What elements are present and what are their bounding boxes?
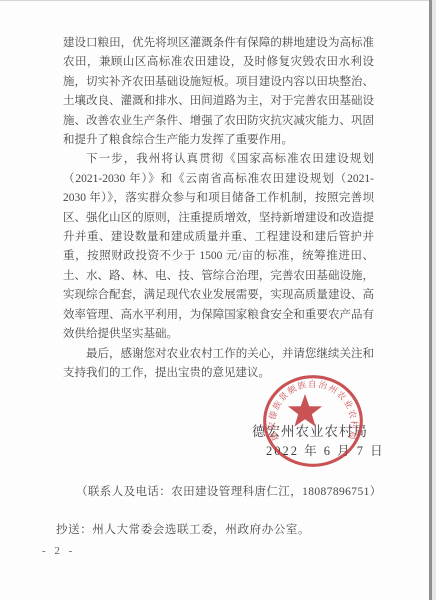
scan-edge-right (429, 0, 432, 600)
paragraph-2: 下一步，我州将认真贯彻《国家高标准农田建设规划（2021-2030 年）》和《云… (63, 150, 374, 344)
contact-line: （联系人及电话：农田建设管理科唐仁江，18087896751） (76, 483, 382, 499)
letter-body: 建设口粮田，优先将坝区灌溉条件有保障的耕地建设为高标准农田，兼顾山区高标准农田建… (63, 34, 374, 383)
scan-edge-right-light (432, 0, 436, 600)
official-seal: 德宏傣族景颇族自治州农业农村局 (261, 374, 365, 468)
paragraph-1: 建设口粮田，优先将坝区灌溉条件有保障的耕地建设为高标准农田，兼顾山区高标准农田建… (63, 34, 374, 150)
cc-line: 抄送：州人大常委会选联工委，州政府办公室。 (56, 521, 310, 537)
seal-star-icon (288, 394, 322, 427)
scan-edge-top (0, 0, 436, 1)
page-number: - 2 - (42, 545, 75, 557)
